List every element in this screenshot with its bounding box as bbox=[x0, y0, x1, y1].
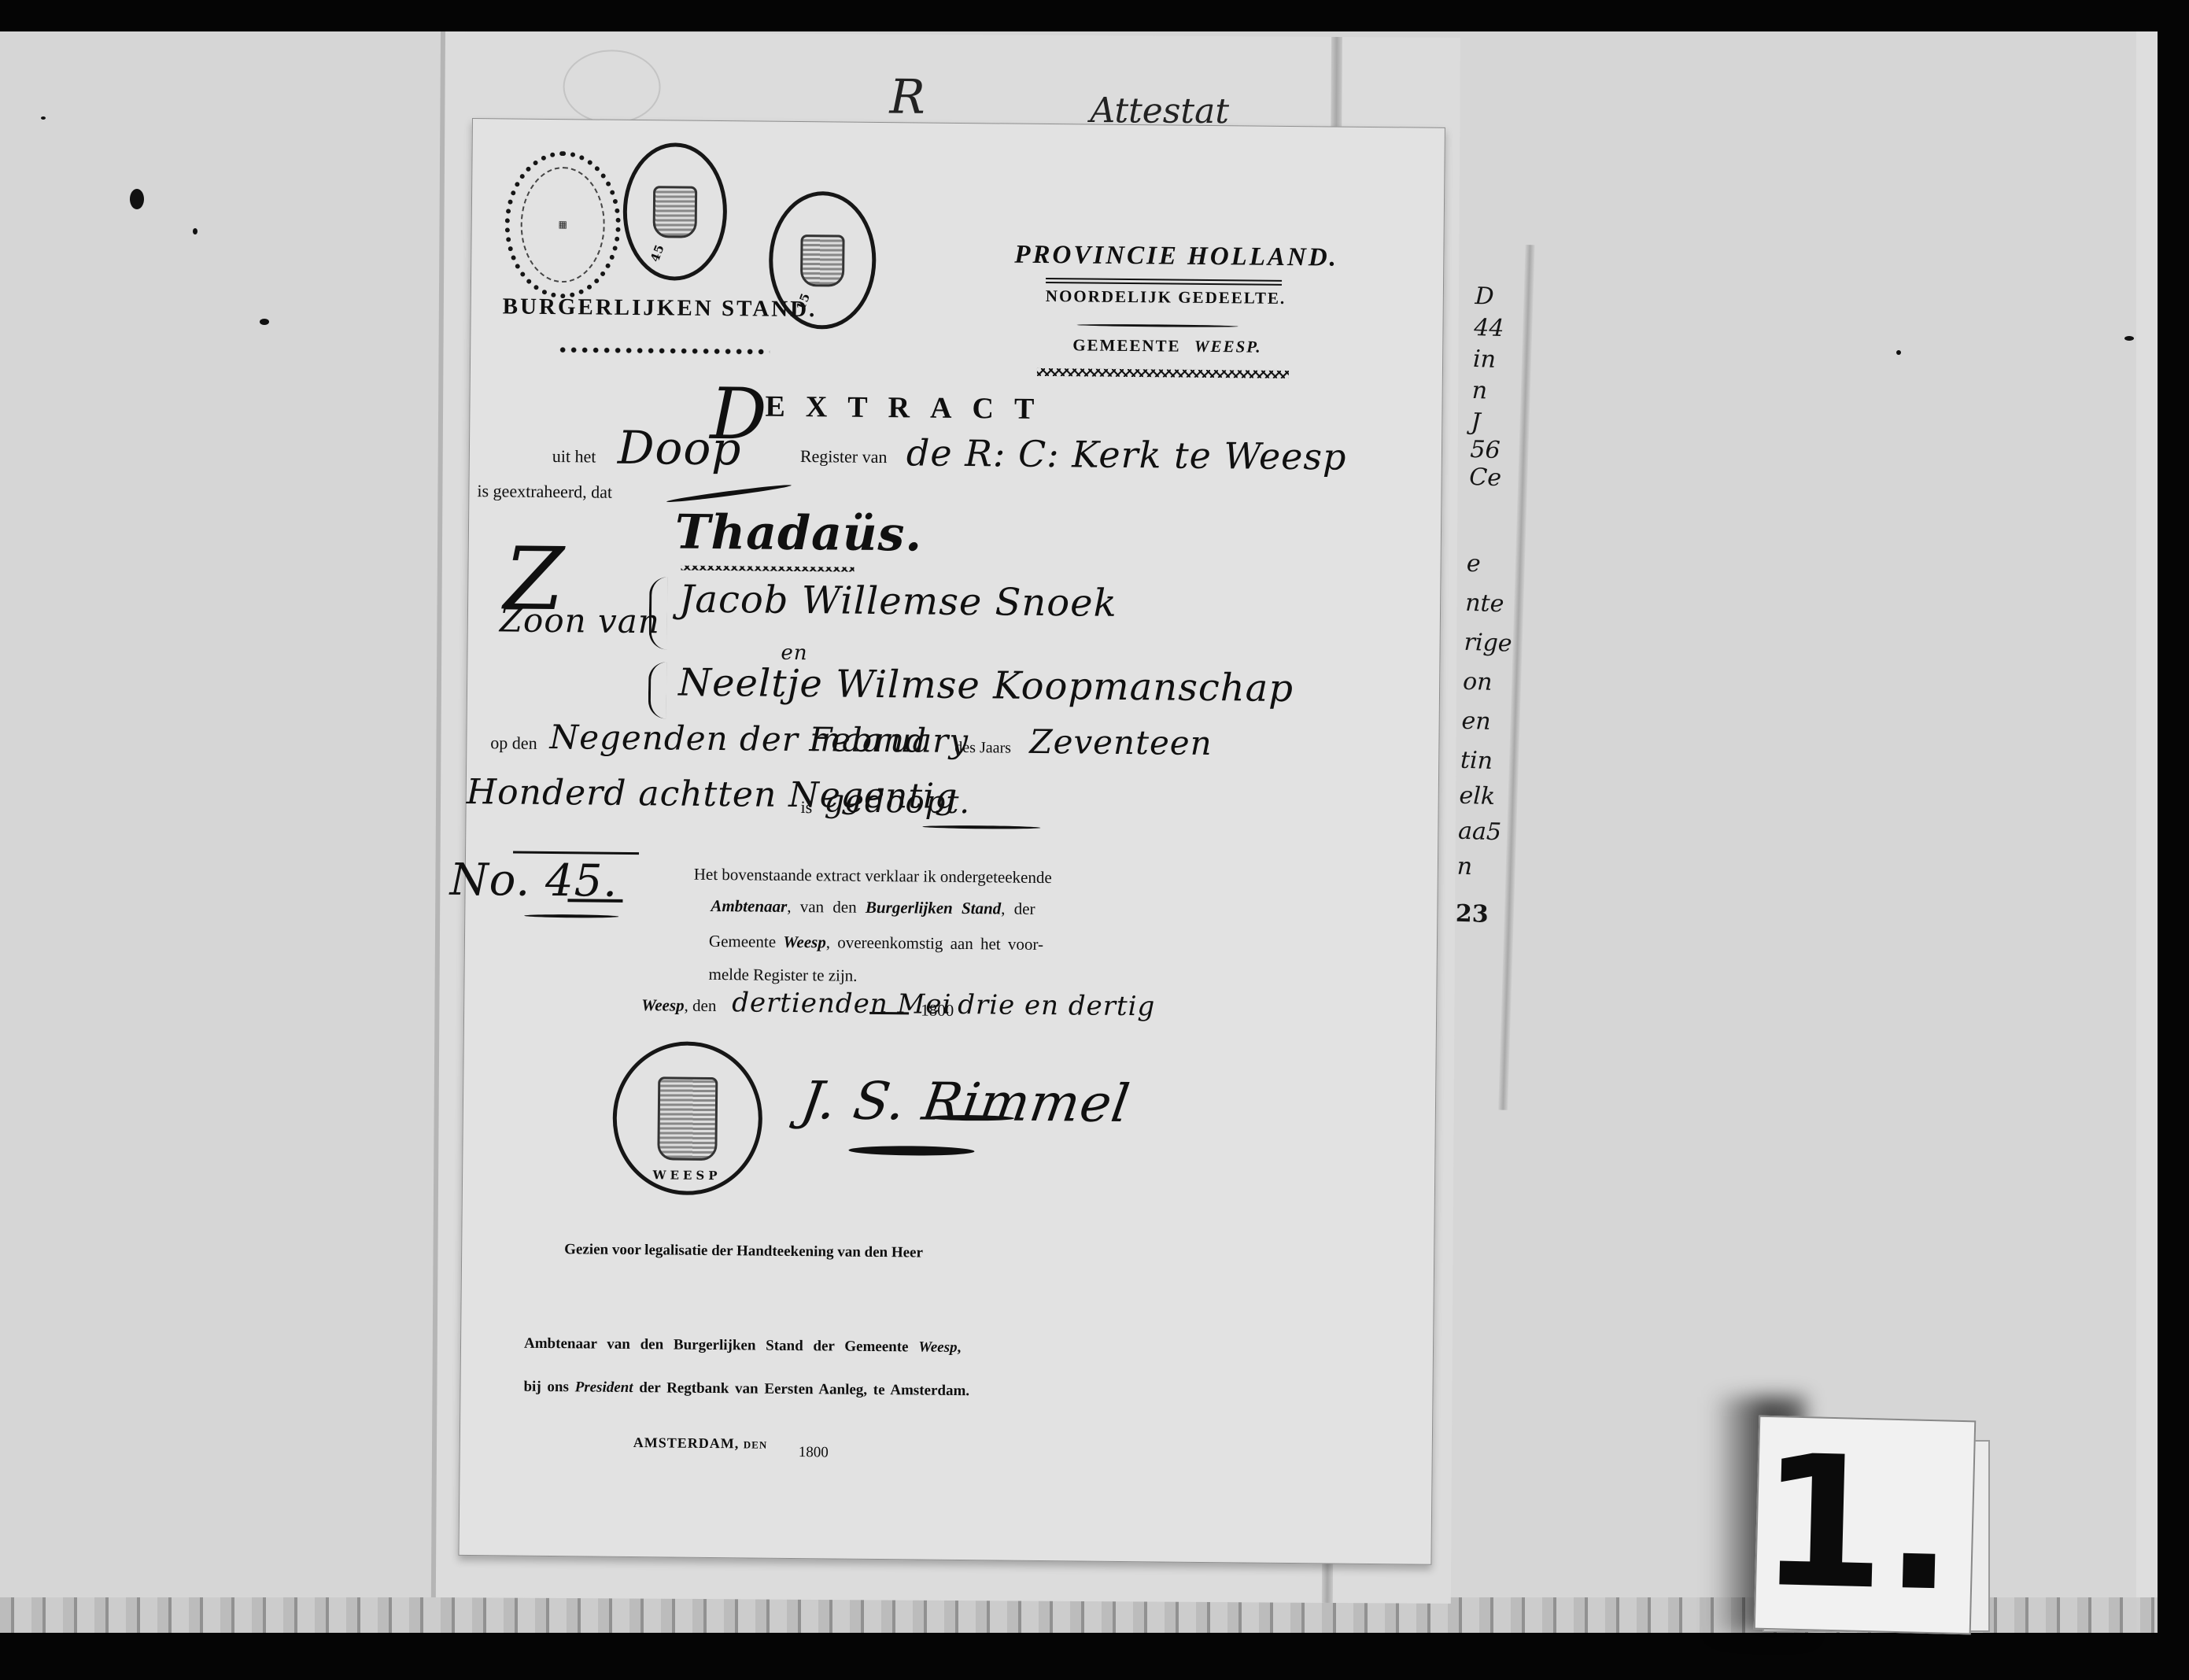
official-signature: J. S. Rimmel bbox=[797, 1070, 1134, 1134]
board-right-edge bbox=[2136, 31, 2158, 1633]
date-dash bbox=[869, 1012, 909, 1014]
signature-flourish bbox=[848, 1146, 974, 1157]
certification-date-handwritten: dertienden Mei bbox=[732, 987, 951, 1021]
stamp-formaat-zegel: 45 bbox=[622, 142, 728, 281]
parents-brace-bottom bbox=[648, 662, 667, 718]
certification-text: , van den bbox=[787, 897, 857, 917]
region-heading: NOORDELIJK GEDEELTE. bbox=[1046, 286, 1286, 308]
date-prefix: op den bbox=[490, 733, 537, 754]
double-rule bbox=[1046, 278, 1282, 282]
name-underline bbox=[681, 566, 854, 572]
margin-fragment: e bbox=[1466, 550, 1481, 578]
line2-prefix: is geextraheerd, dat bbox=[477, 481, 612, 503]
year-part1-handwritten: Zeventeen bbox=[1029, 722, 1213, 762]
mother-name-handwritten: Neeltje Wilmse Koopmanschap bbox=[678, 661, 1294, 711]
flourish-stroke bbox=[666, 483, 792, 504]
child-name-handwritten: Thadaüs. bbox=[675, 505, 923, 563]
certification-year-printed: 1800 bbox=[921, 1001, 954, 1021]
extract-title: EXTRACT bbox=[765, 390, 1054, 427]
margin-fragment: in bbox=[1472, 345, 1496, 374]
crown-crest-icon bbox=[653, 186, 698, 238]
certification-place: Weesp, den bbox=[641, 995, 717, 1016]
parents-brace-top bbox=[649, 577, 668, 649]
municipality-name: WEESP. bbox=[1194, 337, 1262, 356]
certification-text: , der bbox=[1001, 899, 1035, 918]
number-dash bbox=[567, 899, 622, 903]
ornament-dotted-rule bbox=[557, 346, 770, 356]
stamp-value: 45 bbox=[648, 242, 666, 263]
embossed-stamp bbox=[563, 50, 661, 124]
legalisation-line3: bij ons President der Regtbank van Eerst… bbox=[523, 1379, 969, 1400]
legalisation-line2: Ambtenaar van den Burgerlijken Stand der… bbox=[524, 1335, 961, 1357]
ornament-wavy-rule bbox=[1037, 368, 1289, 378]
margin-fragment: aa5 bbox=[1458, 818, 1502, 847]
year-prefix: des Jaars bbox=[954, 739, 1011, 758]
municipality-term: Weesp bbox=[918, 1339, 957, 1356]
margin-fragment: Ce bbox=[1469, 463, 1502, 492]
certification-line2: Ambtenaar, van den Burgerlijken Stand, d… bbox=[711, 896, 1035, 919]
ink-speck bbox=[2124, 336, 2134, 341]
legalisation-text: der Regtbank van Eersten Aanleg, te Amst… bbox=[639, 1379, 969, 1399]
baptised-handwritten: gedoopt. bbox=[824, 783, 970, 821]
margin-fragment: tin bbox=[1460, 747, 1493, 775]
ink-speck bbox=[260, 319, 269, 325]
legalisation-line1: Gezien voor legalisatie der Handteekenin… bbox=[564, 1241, 923, 1261]
margin-fragment: D bbox=[1475, 282, 1494, 311]
legalisation-text: bij ons bbox=[523, 1379, 569, 1396]
municipality-prefix: GEMEENTE bbox=[1072, 335, 1181, 355]
ink-speck bbox=[41, 116, 46, 120]
legalisation-text: Ambtenaar van den Burgerlijken Stand der… bbox=[524, 1335, 909, 1356]
legalisation-year: 1800 bbox=[799, 1444, 829, 1461]
ink-speck bbox=[130, 189, 144, 209]
certification-line3: Gemeente Weesp, overeenkomstig aan het v… bbox=[709, 932, 1043, 954]
margin-fragment: 56 bbox=[1470, 436, 1501, 464]
legalisation-text: , bbox=[957, 1339, 961, 1356]
extract-document-page: ▦ 45 15 BURGERLIJKEN STAND. PROVINCIE HO… bbox=[458, 118, 1445, 1565]
certification-text: , den bbox=[685, 996, 717, 1015]
number-overline bbox=[513, 851, 639, 855]
ink-speck bbox=[193, 228, 197, 234]
seal-label: WEESP bbox=[653, 1169, 722, 1182]
president-term: President bbox=[575, 1379, 633, 1396]
province-heading: PROVINCIE HOLLAND. bbox=[1014, 241, 1338, 273]
margin-fragment: n bbox=[1471, 377, 1487, 405]
certification-text: Gemeente bbox=[709, 932, 776, 951]
registry-label: BURGERLIJKEN STAND. bbox=[503, 294, 818, 323]
municipality-heading: GEMEENTE WEESP. bbox=[1072, 335, 1262, 356]
register-owner-handwritten: de R: C: Kerk te Weesp bbox=[906, 431, 1347, 478]
crown-crest-icon bbox=[800, 234, 845, 287]
top-initial: R bbox=[889, 69, 925, 124]
line1-mid: Register van bbox=[800, 446, 888, 467]
certification-line4: melde Register te zijn. bbox=[708, 965, 857, 986]
place-name: Weesp bbox=[641, 995, 685, 1015]
certification-line1: Het bovenstaande extract verklaar ik ond… bbox=[694, 865, 1052, 888]
margin-fragment: nte bbox=[1465, 589, 1504, 618]
city-arms-icon bbox=[657, 1076, 718, 1161]
weesp-municipal-seal: WEESP bbox=[612, 1041, 763, 1196]
ink-speck bbox=[1896, 350, 1901, 355]
margin-fragment: 44 bbox=[1474, 314, 1504, 342]
margin-fragment: en bbox=[1461, 707, 1491, 736]
month-handwritten: February bbox=[809, 720, 969, 760]
number-card: 1. bbox=[1754, 1416, 1977, 1635]
relation-initial-flourish: Z bbox=[504, 528, 566, 630]
line1-prefix: uit het bbox=[552, 446, 596, 467]
certification-year-handwritten: drie en dertig bbox=[958, 989, 1155, 1022]
card-number: 1. bbox=[1758, 1432, 1957, 1618]
margin-fragment: on bbox=[1463, 668, 1493, 696]
baptised-label: is bbox=[800, 797, 812, 818]
legalisation-place: AMSTERDAM, den bbox=[633, 1434, 768, 1453]
margin-fragment: n bbox=[1456, 853, 1472, 881]
certification-text: , overeenkomstig aan het voor- bbox=[826, 932, 1043, 954]
margin-fragment: rige bbox=[1464, 629, 1512, 658]
date-end-stroke bbox=[922, 825, 1040, 829]
tapered-rule bbox=[1076, 323, 1238, 327]
civil-registry-term: Burgerlijken Stand bbox=[866, 898, 1002, 918]
margin-fragment: 23 bbox=[1455, 900, 1489, 929]
register-type-handwritten: Doop bbox=[618, 421, 742, 476]
father-name-handwritten: Jacob Willemse Snoek bbox=[679, 578, 1117, 626]
margin-fragment: elk bbox=[1459, 782, 1496, 810]
stamp-nederlanden: ▦ bbox=[504, 150, 622, 298]
official-title: Ambtenaar bbox=[711, 896, 787, 916]
municipality-term: Weesp bbox=[783, 932, 826, 952]
number-underline bbox=[524, 914, 618, 918]
margin-fragment: J bbox=[1471, 408, 1481, 436]
